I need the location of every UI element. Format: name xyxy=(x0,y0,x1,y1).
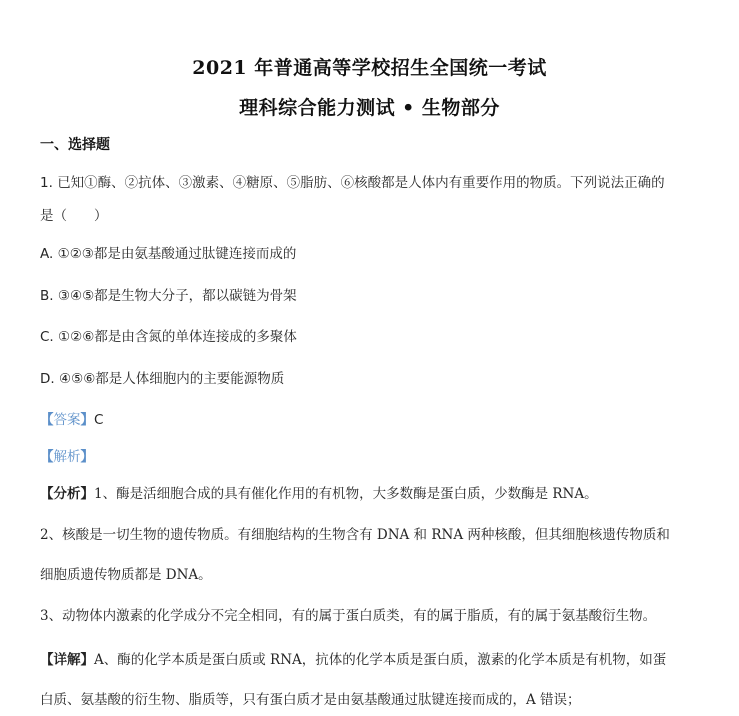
explanation-heading: 【解析】 xyxy=(40,447,709,467)
analysis-label: 【分析】 xyxy=(40,486,94,502)
question-stem-line-2: 是（ ） xyxy=(40,206,709,226)
option-d: D. ④⑤⑥都是人体细胞内的主要能源物质 xyxy=(40,369,709,389)
answer-value: C xyxy=(94,412,103,428)
option-letter: C. xyxy=(40,329,54,345)
exam-subtitle: 理科综合能力测试 • 生物部分 xyxy=(0,96,739,120)
answer-label-open: 【 xyxy=(40,412,54,428)
answer-line: 【答案】C xyxy=(40,410,709,430)
detail-line-2: 白质、氨基酸的衍生物、脂质等，只有蛋白质才是由氨基酸通过肽键连接而成的，A 错误… xyxy=(40,690,709,710)
option-text: ③④⑤都是生物大分子，都以碳链为骨架 xyxy=(58,288,297,304)
option-c: C. ①②⑥都是由含氮的单体连接成的多聚体 xyxy=(40,327,709,347)
option-text: ①②⑥都是由含氮的单体连接成的多聚体 xyxy=(58,329,297,345)
analysis-point-1: 【分析】1、酶是活细胞合成的具有催化作用的有机物，大多数酶是蛋白质，少数酶是 R… xyxy=(40,484,709,504)
explanation-label-close: 】 xyxy=(81,449,95,465)
exam-title: 2021 年普通高等学校招生全国统一考试 xyxy=(0,56,739,80)
analysis-point-3: 3、动物体内激素的化学成分不完全相同，有的属于蛋白质类，有的属于脂质，有的属于氨… xyxy=(40,606,709,626)
detail-line-1: 【详解】A、酶的化学本质是蛋白质或 RNA，抗体的化学本质是蛋白质，激素的化学本… xyxy=(40,650,709,670)
option-letter: A. xyxy=(40,246,53,262)
answer-label-close: 】 xyxy=(81,412,95,428)
option-text: ④⑤⑥都是人体细胞内的主要能源物质 xyxy=(59,371,284,387)
analysis-point-2-line-2: 细胞质遗传物质都是 DNA。 xyxy=(40,565,709,585)
option-text: ①②③都是由氨基酸通过肽键连接而成的 xyxy=(58,246,297,262)
option-b: B. ③④⑤都是生物大分子，都以碳链为骨架 xyxy=(40,286,709,306)
explanation-label: 解析 xyxy=(54,449,81,465)
question-number: 1. xyxy=(40,175,53,191)
detail-line-1-text: A、酶的化学本质是蛋白质或 RNA，抗体的化学本质是蛋白质，激素的化学本质是有机… xyxy=(94,652,666,668)
analysis-point-1-text: 1、酶是活细胞合成的具有催化作用的有机物，大多数酶是蛋白质，少数酶是 RNA。 xyxy=(94,486,598,502)
option-letter: D. xyxy=(40,371,55,387)
question-stem-text: 已知①酶、②抗体、③激素、④糖原、⑤脂肪、⑥核酸都是人体内有重要作用的物质。下列… xyxy=(57,175,665,191)
analysis-point-2-line-1: 2、核酸是一切生物的遗传物质。有细胞结构的生物含有 DNA 和 RNA 两种核酸… xyxy=(40,525,709,545)
detail-label: 【详解】 xyxy=(40,652,94,668)
answer-label: 答案 xyxy=(54,412,81,428)
question-stem-line-1: 1. 已知①酶、②抗体、③激素、④糖原、⑤脂肪、⑥核酸都是人体内有重要作用的物质… xyxy=(40,173,709,193)
explanation-label-open: 【 xyxy=(40,449,54,465)
option-letter: B. xyxy=(40,288,54,304)
option-a: A. ①②③都是由氨基酸通过肽键连接而成的 xyxy=(40,244,709,264)
section-heading: 一、选择题 xyxy=(40,135,709,155)
document-page: 2021 年普通高等学校招生全国统一考试 理科综合能力测试 • 生物部分 一、选… xyxy=(0,0,739,716)
